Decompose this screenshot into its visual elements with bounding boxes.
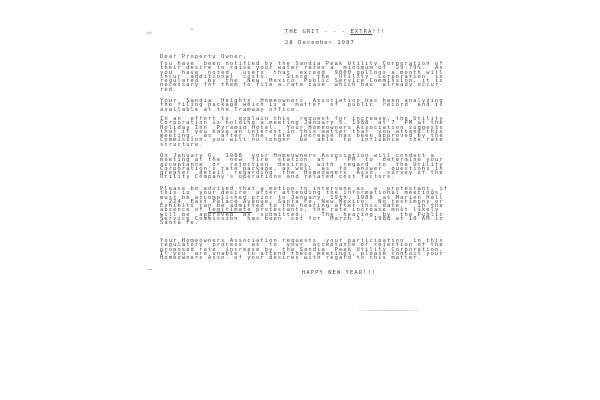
scan-speck-artifact <box>190 28 193 30</box>
paragraph-rate-notification: You have been notified by the Sandia Pea… <box>160 62 444 92</box>
paragraph-filing-package: Your Sandia Heights Homeowners Associati… <box>160 99 444 112</box>
paragraph-utility-meeting: In an effort to explain this request for… <box>160 117 444 147</box>
paragraph-participation-request: Your Homeowners Association requests you… <box>160 239 444 260</box>
scan-dash-artifact <box>147 269 152 270</box>
letter-date: 28 December 1987 <box>285 41 355 45</box>
scan-smudge-artifact <box>146 32 152 35</box>
closing-line: HAPPY NEW YEAR!!! <box>302 271 376 275</box>
paragraph-intervene-hearing: Please be advised that a motion to inter… <box>160 187 448 225</box>
newsletter-title: THE GRIT - - - EXTRA!!! <box>285 30 385 34</box>
newsletter-title-prefix: THE GRIT - - - <box>285 29 350 35</box>
newsletter-title-suffix: !!! <box>372 29 385 35</box>
newsletter-title-underlined: EXTRA <box>350 29 372 35</box>
scanned-letter-page: THE GRIT - - - EXTRA!!! 28 December 1987… <box>0 0 600 400</box>
paragraph-association-meeting: On January 6, 1988 your Homeowners Assoc… <box>160 154 444 180</box>
scan-line-artifact <box>359 310 419 311</box>
salutation: Dear Property Owner, <box>160 55 247 59</box>
